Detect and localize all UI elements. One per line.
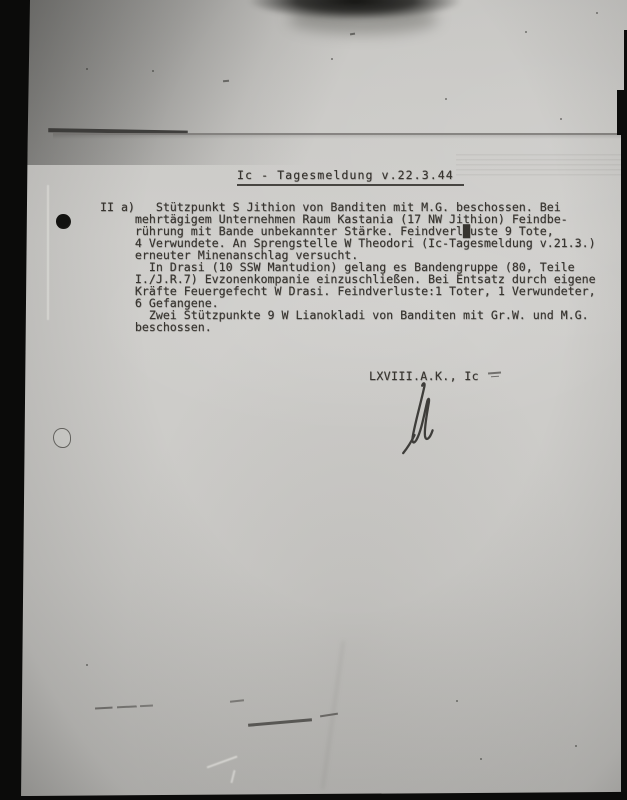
paper-sheet: Ic - Tagesmeldung v.22.3.44 II a) Stützp… (20, 0, 627, 796)
black-frame-right (617, 90, 627, 135)
photo-vignette (20, 0, 627, 796)
black-frame-right (621, 135, 627, 800)
scanned-document-photo: Ic - Tagesmeldung v.22.3.44 II a) Stützp… (0, 0, 627, 800)
